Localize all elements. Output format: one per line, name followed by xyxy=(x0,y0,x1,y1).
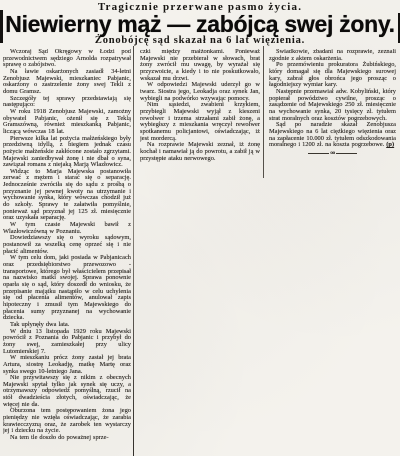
article-headline: Niewierny mąż — zabójcą swej żony. xyxy=(0,11,400,38)
paragraph: Nie przywitawszy się z nikim z obecnych … xyxy=(3,375,131,408)
paragraph: Dowiedziawszy się o wyroku sądowym, post… xyxy=(3,235,131,255)
paragraph: Pierwsze kilka lat pożycia małżeńskiego … xyxy=(3,136,131,169)
article-column-1: Wczoraj Sąd Okręgowy w Łodzi pod przewod… xyxy=(3,49,131,456)
article-column-3: Świadkowie, zbadani na rozprawie, zeznal… xyxy=(269,49,396,456)
paragraph: Widząc to Marja Majewska postanowiła zer… xyxy=(3,169,131,222)
paragraph: Następnie przemawiał adw. Kobyliński, kt… xyxy=(269,89,396,122)
paragraph: Po przemówieniu prokuratora Żubińskiego,… xyxy=(269,62,396,89)
paragraph: W tym czasie Majewski bawił z Wlazłowicz… xyxy=(3,222,131,235)
paragraph: Na ławie oskarżonych zasiadł 34-letni Ze… xyxy=(3,69,131,96)
paragraph: Nim sąsiedzi, zwabieni krzykiem, przybie… xyxy=(140,102,260,142)
author-signature: (p) xyxy=(386,141,394,148)
section-end-ornament: oo xyxy=(269,151,396,156)
paragraph: Wczoraj Sąd Okręgowy w Łodzi pod przewod… xyxy=(3,49,131,69)
article-subhead: Żonobójcę sąd skazał na 6 lat więzienia. xyxy=(0,35,400,46)
paragraph: Na tem tle doszło do poważnej sprze- xyxy=(3,435,131,442)
paragraph: W tym celu dom, jaki posiada w Pabjanica… xyxy=(3,255,131,322)
column-divider-rule-1 xyxy=(133,46,134,456)
paragraph: czki między małżonkami. Ponieważ Majewsk… xyxy=(140,49,260,82)
paragraph-text: Sąd po naradzie skazał Zenobjusza Majews… xyxy=(269,121,396,148)
paragraph: W roku 1918 Zenobjusz Majewski, zamożny … xyxy=(3,109,131,136)
ornament-glyph: oo xyxy=(330,151,335,156)
newspaper-clipping: { "article": { "overline": "Tragicznie p… xyxy=(0,0,400,456)
paragraph: Oburzona tem postępowaniem żona jego pie… xyxy=(3,408,131,435)
paragraph: W dniu 13 listopada 1929 roku Majewski p… xyxy=(3,329,131,356)
column-divider-rule-2 xyxy=(263,46,264,178)
ornament-line-right xyxy=(336,153,357,154)
paragraph: Szczegóły tej sprawy przedstawiają się n… xyxy=(3,96,131,109)
paragraph: W mieszkaniu prócz żony zastał jej brata… xyxy=(3,355,131,375)
article-column-2: czki między małżonkami. Ponieważ Majewsk… xyxy=(140,49,260,456)
paragraph: W odpowiedzi Majewski uderzył go w twarz… xyxy=(140,82,260,102)
paragraph: Na rozprawie Majewski zeznał, iż żonę ko… xyxy=(140,142,260,162)
ornament-line-left xyxy=(308,153,329,154)
paragraph: Sąd po naradzie skazał Zenobjusza Majews… xyxy=(269,122,396,149)
